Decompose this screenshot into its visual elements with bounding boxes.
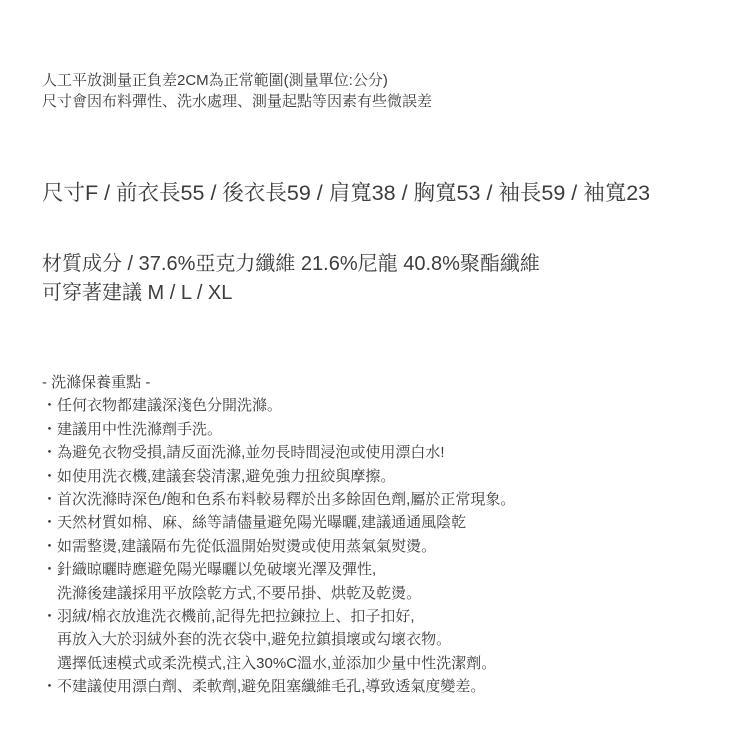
care-line-text: 如需整燙,建議隔布先從低溫開始熨燙或使用蒸氣氣熨燙。 bbox=[57, 535, 436, 558]
care-line: 洗滌後建議採用平放陰乾方式,不要吊掛、烘乾及乾燙。 bbox=[42, 582, 515, 605]
bullet-icon: ・ bbox=[42, 418, 57, 441]
bullet-icon: ・ bbox=[42, 511, 57, 534]
care-line-text: 為避免衣物受損,請反面洗滌,並勿長時間浸泡或使用漂白水! bbox=[57, 441, 445, 464]
bullet-icon: ・ bbox=[42, 465, 57, 488]
care-line: ・ 如使用洗衣機,建議套袋清潔,避免強力扭絞與摩擦。 bbox=[42, 465, 515, 488]
care-line-text: 洗滌後建議採用平放陰乾方式,不要吊掛、烘乾及乾燙。 bbox=[57, 582, 421, 605]
care-line-text: 如使用洗衣機,建議套袋清潔,避免強力扭絞與摩擦。 bbox=[57, 465, 395, 488]
care-line-text: 首次洗滌時深色/飽和色系布料較易釋於出多餘固色劑,屬於正常現象。 bbox=[57, 488, 515, 511]
bullet-icon bbox=[42, 628, 57, 651]
material-composition-line: 材質成分 / 37.6%亞克力纖維 21.6%尼龍 40.8%聚酯纖維 bbox=[42, 250, 540, 279]
care-instructions: - 洗滌保養重點 - ・ 任何衣物都建議深淺色分開洗滌。 ・ 建議用中性洗滌劑手… bbox=[42, 371, 515, 699]
material-info: 材質成分 / 37.6%亞克力纖維 21.6%尼龍 40.8%聚酯纖維 可穿著建… bbox=[42, 250, 540, 308]
product-description-page: 人工平放測量正負差2CM為正常範圍(測量單位:公分) 尺寸會因布料彈性、洗水處理… bbox=[0, 0, 750, 750]
measurement-note: 人工平放測量正負差2CM為正常範圍(測量單位:公分) 尺寸會因布料彈性、洗水處理… bbox=[42, 71, 432, 112]
bullet-icon: ・ bbox=[42, 488, 57, 511]
care-line-text: 任何衣物都建議深淺色分開洗滌。 bbox=[57, 394, 282, 417]
care-line: ・ 建議用中性洗滌劑手洗。 bbox=[42, 418, 515, 441]
bullet-icon: ・ bbox=[42, 535, 57, 558]
care-line-text: 羽絨/棉衣放進洗衣機前,記得先把拉鍊拉上、扣子扣好, bbox=[57, 605, 415, 628]
measurement-note-line2: 尺寸會因布料彈性、洗水處理、測量起點等因素有些微誤差 bbox=[42, 92, 432, 113]
care-line: ・ 任何衣物都建議深淺色分開洗滌。 bbox=[42, 394, 515, 417]
wearing-suggestion-line: 可穿著建議 M / L / XL bbox=[42, 279, 540, 308]
bullet-icon bbox=[42, 582, 57, 605]
measurement-note-line1: 人工平放測量正負差2CM為正常範圍(測量單位:公分) bbox=[42, 71, 432, 92]
bullet-icon bbox=[42, 652, 57, 675]
care-line-text: 建議用中性洗滌劑手洗。 bbox=[57, 418, 222, 441]
care-line: ・ 羽絨/棉衣放進洗衣機前,記得先把拉鍊拉上、扣子扣好, bbox=[42, 605, 515, 628]
bullet-icon: ・ bbox=[42, 394, 57, 417]
bullet-icon: ・ bbox=[42, 605, 57, 628]
care-line-text: 選擇低速模式或柔洗模式,注入30%C溫水,並添加少量中性洗潔劑。 bbox=[57, 652, 496, 675]
care-line: ・ 首次洗滌時深色/飽和色系布料較易釋於出多餘固色劑,屬於正常現象。 bbox=[42, 488, 515, 511]
bullet-icon: ・ bbox=[42, 558, 57, 581]
care-section-heading: - 洗滌保養重點 - bbox=[42, 371, 515, 394]
care-line: 再放入大於羽絨外套的洗衣袋中,避免拉鎮損壞或勾壞衣物。 bbox=[42, 628, 515, 651]
bullet-icon: ・ bbox=[42, 441, 57, 464]
care-line: ・ 不建議使用漂白劑、柔軟劑,避免阻塞纖維毛孔,導致透氣度變差。 bbox=[42, 675, 515, 698]
care-line: ・ 針織晾曬時應避免陽光曝曬以免破壞光澤及彈性, bbox=[42, 558, 515, 581]
bullet-icon: ・ bbox=[42, 675, 57, 698]
care-line: ・ 如需整燙,建議隔布先從低溫開始熨燙或使用蒸氣氣熨燙。 bbox=[42, 535, 515, 558]
care-line-text: 不建議使用漂白劑、柔軟劑,避免阻塞纖維毛孔,導致透氣度變差。 bbox=[57, 675, 485, 698]
care-line: ・ 為避免衣物受損,請反面洗滌,並勿長時間浸泡或使用漂白水! bbox=[42, 441, 515, 464]
care-line: 選擇低速模式或柔洗模式,注入30%C溫水,並添加少量中性洗潔劑。 bbox=[42, 652, 515, 675]
care-line-text: 再放入大於羽絨外套的洗衣袋中,避免拉鎮損壞或勾壞衣物。 bbox=[57, 628, 451, 651]
care-line: ・ 天然材質如棉、麻、絲等請儘量避免陽光曝曬,建議通通風陰乾 bbox=[42, 511, 515, 534]
care-line-text: 針織晾曬時應避免陽光曝曬以免破壞光澤及彈性, bbox=[57, 558, 376, 581]
care-line-text: 天然材質如棉、麻、絲等請儘量避免陽光曝曬,建議通通風陰乾 bbox=[57, 511, 466, 534]
size-spec-line: 尺寸F / 前衣長55 / 後衣長59 / 肩寬38 / 胸寬53 / 袖長59… bbox=[42, 179, 650, 207]
